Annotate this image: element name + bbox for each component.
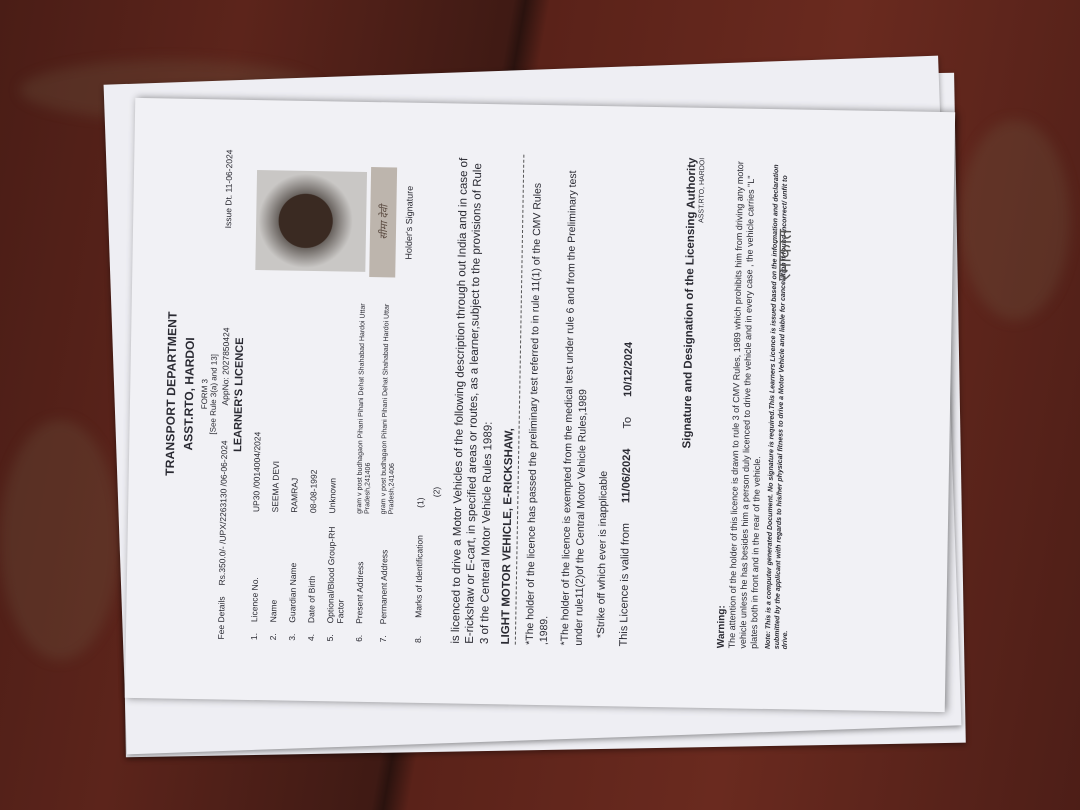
holder-signature-label: Holder's Signature bbox=[404, 186, 415, 260]
date-of-birth: 08-08-1992 bbox=[308, 291, 322, 513]
mark-2: (2) bbox=[431, 487, 441, 498]
valid-to-label: To bbox=[622, 417, 634, 429]
field-label: Licence No. bbox=[249, 512, 261, 622]
field-row: 7.Permanent Addressgram v post budhagaon… bbox=[378, 292, 399, 642]
field-number: 3. bbox=[287, 623, 297, 641]
licence-statement: is licenced to drive a Motor Vehicles of… bbox=[449, 154, 501, 645]
permanent-address: gram v post budhagaon Pihani Pihani Deha… bbox=[380, 292, 399, 514]
licence-fields: 1.Licence No.UP30 /0014004/2024 2.NameSE… bbox=[249, 290, 413, 643]
guardian-name: RAMRAJ bbox=[289, 291, 303, 513]
field-number: 7. bbox=[378, 624, 394, 642]
field-label: Optional/Blood Group-RH Factor bbox=[325, 513, 347, 623]
field-number: 4. bbox=[306, 623, 316, 641]
marks-of-identification: 8. Marks of Identification (1) bbox=[413, 153, 432, 643]
app-no-label: AppNo: bbox=[220, 377, 230, 406]
field-row: 1.Licence No.UP30 /0014004/2024 bbox=[249, 290, 265, 640]
valid-from: 11/06/2024 bbox=[621, 448, 634, 503]
field-number: 8. bbox=[413, 636, 423, 643]
field-row: 3.Guardian NameRAMRAJ bbox=[287, 291, 303, 641]
app-number: AppNo: 2027850424 bbox=[220, 295, 232, 405]
vehicle-class: LIGHT MOTOR VEHICLE, E-RICKSHAW, bbox=[500, 154, 525, 644]
medical-exemption-note: *The holder of the licence is exempted f… bbox=[559, 155, 595, 645]
field-label: Name bbox=[268, 512, 280, 622]
mark-1: (1) bbox=[415, 497, 425, 508]
holder-name: SEEMA DEVI bbox=[270, 290, 284, 512]
field-number: 5. bbox=[325, 623, 345, 641]
validity-row: This Licence is valid from 11/06/2024 To… bbox=[618, 156, 639, 646]
licence-number: UP30 /0014004/2024 bbox=[251, 290, 265, 512]
wood-grain bbox=[0, 420, 120, 660]
field-label: Permanent Address bbox=[379, 514, 396, 624]
learner-licence-document: TRANSPORT DEPARTMENT ASST.RTO, HARDOI FO… bbox=[125, 98, 955, 712]
holder-photo bbox=[255, 170, 367, 272]
field-row: 6.Present Addressgram v post budhagaon P… bbox=[354, 292, 375, 642]
strike-off-note: *Strike off which ever is inapplicable bbox=[594, 156, 616, 646]
preliminary-test-note: *The holder of the licence has passed th… bbox=[524, 155, 560, 645]
valid-to: 10/12/2024 bbox=[622, 342, 635, 397]
issue-label: Issue Dt. bbox=[223, 195, 234, 229]
field-number: 2. bbox=[268, 622, 278, 640]
field-row: 4.Date of Birth08-08-1992 bbox=[306, 291, 322, 641]
holder-signature-image: सीमा देवी bbox=[369, 167, 397, 277]
issue-date-value: 11-06-2024 bbox=[224, 149, 235, 192]
fee-value: Rs.350.0/- /UPX/2263130 /06-06-2024 bbox=[217, 405, 230, 585]
field-label: Marks of Identification bbox=[413, 508, 425, 618]
field-number: 1. bbox=[249, 622, 259, 640]
issue-date: Issue Dt. 11-06-2024 bbox=[223, 149, 234, 228]
field-row: 2.NameSEEMA DEVI bbox=[268, 290, 284, 640]
app-no-value: 2027850424 bbox=[220, 327, 231, 374]
authority-handwritten-signature: रमाकांत bbox=[772, 229, 797, 281]
field-number: 6. bbox=[354, 624, 370, 642]
valid-label: This Licence is valid from bbox=[618, 523, 632, 647]
fee-label: Fee Details bbox=[216, 585, 227, 639]
wood-grain bbox=[960, 120, 1070, 320]
field-label: Guardian Name bbox=[287, 513, 299, 623]
marks-row-2: (2) bbox=[429, 153, 448, 643]
blood-group: Unknown bbox=[327, 291, 351, 513]
field-label: Present Address bbox=[354, 514, 371, 624]
field-label: Date of Birth bbox=[306, 513, 318, 623]
field-row: 5.Optional/Blood Group-RH FactorUnknown bbox=[325, 291, 351, 641]
licensing-authority: Signature and Designation of the Licensi… bbox=[678, 158, 706, 648]
present-address: gram v post budhagaon Pihani Pihani Deha… bbox=[356, 292, 375, 514]
